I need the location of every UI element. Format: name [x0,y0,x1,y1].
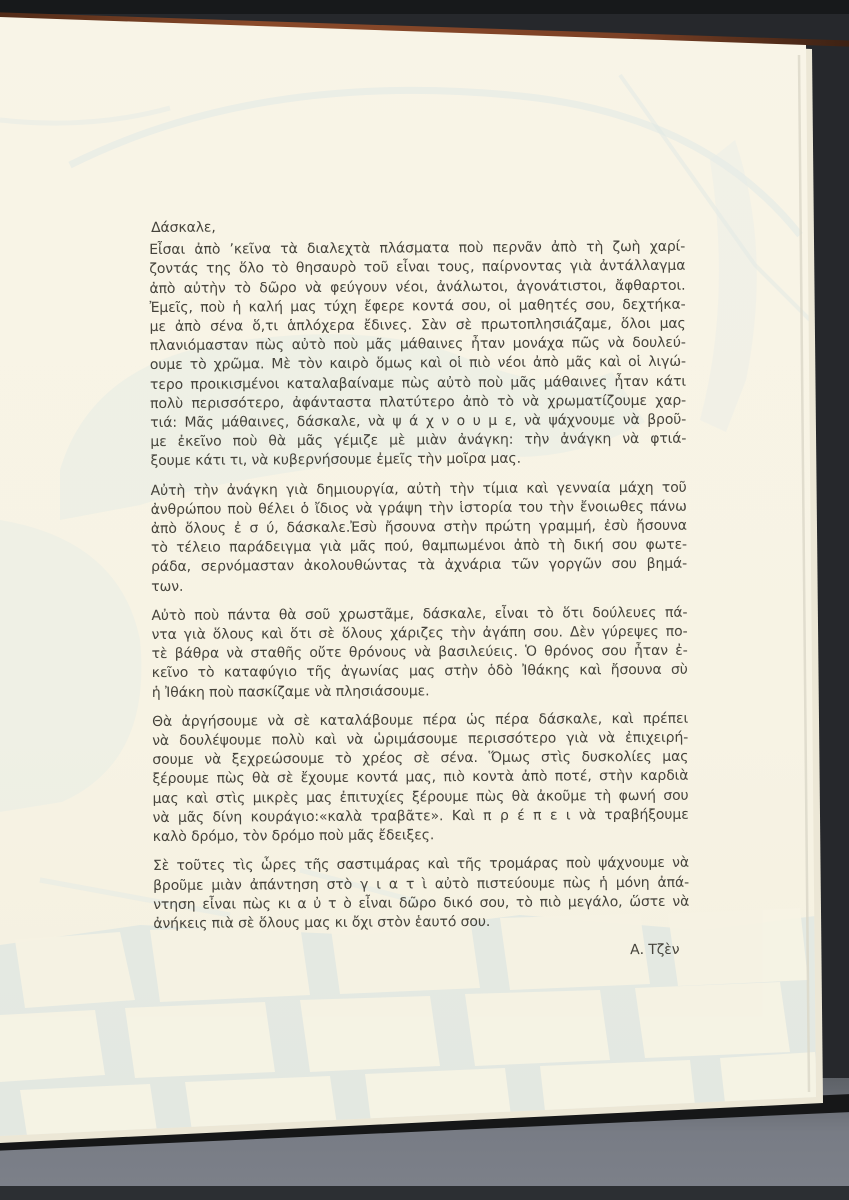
letter-signature: Α. Τζὲν [153,941,689,963]
letter-line: καλὸ δρόμο, τὸν δρόμο ποὺ μᾶς ἔδειξες. [153,825,689,847]
letter-paragraph: Αὐτὴ τὴν ἀνάγκη γιὰ δημιουργία, αὐτὴ τὴν… [151,478,688,596]
letter-line: κεῖνο τὸ καταφύγιο τῆς ἀγωνίας μας στὴν … [152,661,688,683]
scanner-background-edge [0,1186,849,1200]
letter-line: ξουμε κάτι τι, νὰ κυβερνήσουμε ἐμεῖς τὴν… [150,449,686,471]
letter-line: Σὲ τοῦτες τὶς ὧρες τῆς σαστιμάρας καὶ τῆ… [153,854,689,876]
letter-line: με ἐκεῖνο ποὺ θὰ μᾶς γέμιζε μὲ μιὰν ἀνάγ… [150,430,686,452]
letter-paragraph: Εἶσαι ἀπὸ ’κεῖνα τὰ διαλεχτὰ πλάσματα πο… [149,238,686,472]
letter-paragraphs: Εἶσαι ἀπὸ ’κεῖνα τὰ διαλεχτὰ πλάσματα πο… [149,238,689,934]
letter-line: νὰ μᾶς δίνη κουράγιο:«καλὰ τραβᾶτε». Καὶ… [153,806,689,828]
letter-salutation: Δάσκαλε, [151,216,685,238]
letter-body: Δάσκαλε, Εἶσαι ἀπὸ ’κεῖνα τὰ διαλεχτὰ πλ… [149,216,690,964]
letter-paragraph: Αὐτὸ ποὺ πάντα θὰ σοῦ χρωστᾶμε, δάσκαλε,… [151,604,688,703]
letter-paragraph: Σὲ τοῦτες τὶς ὧρες τῆς σαστιμάρας καὶ τῆ… [153,854,689,934]
letter-paragraph: Θὰ ἀργήσουμε νὰ σὲ καταλάβουμε πέρα ὡς π… [152,710,689,848]
letter-line: ἡ Ἰθάκη ποὺ πασκίζαμε νὰ πλησιάσουμε. [152,680,688,702]
letter-line: ράδα, σερνόμασταν ἀκολουθώντας τὰ ἀχνάρι… [151,555,687,577]
letter-line: ἀνήκεις πιὰ σὲ ὅλους μας κι ὄχι στὸν ἑαυ… [153,912,689,934]
book-page: Δάσκαλε, Εἶσαι ἀπὸ ’κεῖνα τὰ διαλεχτὰ πλ… [0,0,849,1200]
book-cover-top-band [0,0,849,14]
scanned-letter-page: Δάσκαλε, Εἶσαι ἀπὸ ’κεῖνα τὰ διαλεχτὰ πλ… [0,0,849,1200]
letter-line: των. [151,574,687,596]
letter-line: ντηση εἶναι πὼς κι α ὐ τ ὸ εἶναι δῶρο δι… [153,892,689,914]
